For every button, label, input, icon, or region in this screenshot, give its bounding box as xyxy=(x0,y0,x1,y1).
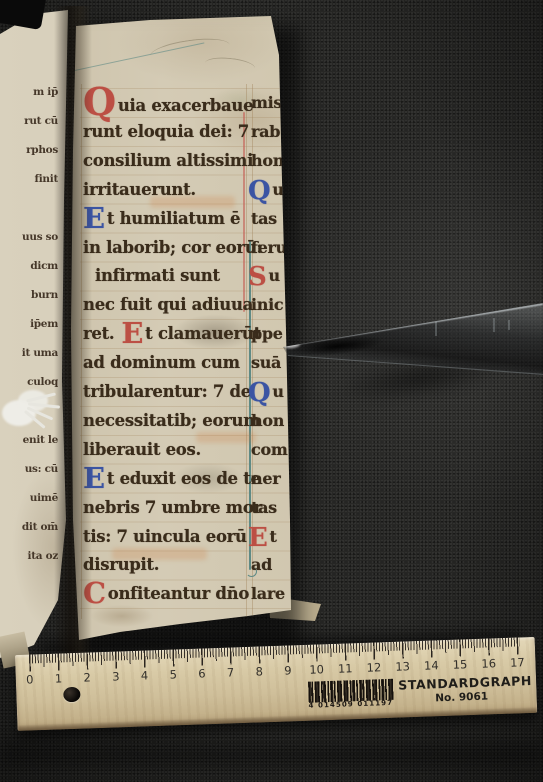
manuscript-line-fragment: feru xyxy=(251,233,287,262)
line-text: consilium altissimi xyxy=(83,151,253,170)
ruler-number: 15 xyxy=(452,657,467,672)
line-text: disrupit. xyxy=(83,555,159,574)
line-text: tis: 7 uincula eorū xyxy=(83,527,247,546)
manuscript-line-fragment: Et xyxy=(251,522,277,551)
ruler-number: 4 xyxy=(141,668,149,682)
ruler-number: 5 xyxy=(169,667,177,681)
line-text: irritauerunt. xyxy=(83,180,196,199)
line-text: lare xyxy=(251,584,285,603)
ruler-number: 1 xyxy=(55,671,63,685)
line-text: mis xyxy=(251,93,282,112)
line-text: runt eloquia dei: 7 xyxy=(83,122,249,141)
line-text: t eduxit eos de te xyxy=(107,469,261,488)
manuscript-line: liberauit eos. xyxy=(83,435,201,464)
facing-page-fragment: m ip̄ xyxy=(4,78,58,107)
manuscript-line-fragment: ad xyxy=(251,550,272,579)
ruler-number: 9 xyxy=(284,663,292,677)
manuscript-line: Et humiliatum ē xyxy=(83,204,240,233)
faint-mark xyxy=(204,55,255,75)
line-text: tribularentur: 7 de xyxy=(83,382,251,401)
manuscript-line: Confiteantur dn̄o xyxy=(83,579,249,608)
manuscript-line: infirmati sunt xyxy=(83,261,220,290)
line-text: infirmati sunt xyxy=(95,266,220,285)
facing-page-fragment: finit xyxy=(4,165,58,194)
manuscript-line-fragment: hon xyxy=(251,146,284,175)
line-text: tas xyxy=(251,209,277,228)
manuscript-line: tis: 7 uincula eorū xyxy=(83,522,247,551)
facing-page-fragment: rphos xyxy=(4,136,58,165)
illuminated-initial: C xyxy=(83,583,106,603)
manuscript-line: irritauerunt. xyxy=(83,175,196,204)
line-text: u xyxy=(268,266,279,285)
facing-page-fragment: rut cū xyxy=(4,107,58,136)
line-text: onfiteantur dn̄o xyxy=(108,584,249,603)
manuscript-line-fragment: ppe xyxy=(251,319,283,348)
manuscript-line-fragment: mis xyxy=(251,88,282,117)
facing-page-fragment: burn xyxy=(4,281,58,310)
manuscript-line: nec fuit qui adiuua xyxy=(83,290,253,319)
cloth-fold-shadow xyxy=(0,744,543,766)
illuminated-initial: E xyxy=(121,323,143,343)
manuscript-line-fragment: suā xyxy=(251,348,281,377)
ruler-number: 17 xyxy=(510,655,525,670)
line-text: necessitatib; eorum xyxy=(83,411,260,430)
binding-thread xyxy=(2,388,62,450)
line-text: hon xyxy=(251,151,284,170)
illuminated-initial: Q xyxy=(83,92,116,112)
line-text: nec fuit qui adiuua xyxy=(83,295,253,314)
manuscript-line: consilium altissimi xyxy=(83,146,253,175)
line-text: in laborib; cor eorū: xyxy=(83,238,262,257)
line-prefix: ret. xyxy=(83,324,114,343)
text-column-left: Quia exacerbauerunt eloquia dei: 7consil… xyxy=(83,88,253,628)
line-text: ner xyxy=(251,469,280,488)
manuscript-line: ret.Et clamauerūt xyxy=(83,319,261,348)
manuscript-line-fragment: tas xyxy=(251,204,277,233)
ruler-number: 2 xyxy=(83,670,91,684)
illuminated-initial: E xyxy=(248,528,268,548)
line-text: ad xyxy=(251,555,272,574)
line-text: suā xyxy=(251,353,281,372)
manuscript-line: Et eduxit eos de te xyxy=(83,464,261,493)
ruler-number: 14 xyxy=(424,658,439,673)
line-text: nebris 7 umbre mor xyxy=(83,498,262,517)
line-text: t humiliatum ē xyxy=(107,209,240,228)
manuscript-line-fragment: tas xyxy=(251,493,277,522)
manuscript-line-fragment: hon xyxy=(251,406,284,435)
manuscript-line: Quia exacerbaue xyxy=(83,88,253,117)
facing-page-fragment: ip̄em xyxy=(4,310,58,339)
facing-page-fragment: it uma xyxy=(4,339,58,368)
manuscript-line-fragment: rab xyxy=(251,117,280,146)
ruler-number: 10 xyxy=(309,662,324,677)
ruler-number: 13 xyxy=(395,659,410,674)
manuscript-line-fragment: com xyxy=(251,435,287,464)
manuscript-line-fragment: Qu xyxy=(251,175,284,204)
facing-page-fragment: us: cū xyxy=(4,455,58,484)
manuscript-line: runt eloquia dei: 7 xyxy=(83,117,249,146)
facing-page-fragment: ita oz xyxy=(4,542,58,571)
line-text: liberauit eos. xyxy=(83,440,201,459)
manuscript-line-fragment: Qu xyxy=(251,377,284,406)
facing-page-fragment: uimē xyxy=(4,484,58,513)
manuscript-line: nebris 7 umbre mor xyxy=(83,493,262,522)
facing-page-fragment: dit om̄ xyxy=(4,513,58,542)
ruler-number: 16 xyxy=(481,656,496,671)
ruler-number: 0 xyxy=(26,672,34,686)
manuscript-line: in laborib; cor eorū: xyxy=(83,233,262,262)
line-text: u xyxy=(272,180,283,199)
photograph-manuscript-scene: m ip̄rut cūrphosfinituus sodicmburnip̄em… xyxy=(0,0,543,782)
ruler-brand: STANDARDGRAPH No. 9061 xyxy=(398,673,525,705)
line-text: tas xyxy=(251,498,277,517)
line-text: hon xyxy=(251,411,284,430)
manuscript-line: tribularentur: 7 de xyxy=(83,377,251,406)
ruler-number: 6 xyxy=(198,666,206,680)
illuminated-initial: Q xyxy=(248,383,270,403)
illuminated-initial: S xyxy=(248,267,266,287)
ruler-number: 8 xyxy=(255,664,263,678)
ruling-vertical xyxy=(81,84,82,619)
illuminated-initial: E xyxy=(83,208,105,228)
ruler-number: 7 xyxy=(227,665,235,679)
manuscript-line-fragment: ner xyxy=(251,464,280,493)
line-text: inic xyxy=(251,295,283,314)
ruler-number: 12 xyxy=(366,660,381,675)
manuscript-line: disrupit. xyxy=(83,550,159,579)
ruler-number: 11 xyxy=(338,661,353,676)
illuminated-initial: E xyxy=(83,468,105,488)
manuscript-line: necessitatib; eorum xyxy=(83,406,260,435)
manuscript-line: ad dominum cum xyxy=(83,348,240,377)
line-text: feru xyxy=(251,238,287,257)
line-text: t clamauerūt xyxy=(145,324,261,343)
line-text: uia exacerbaue xyxy=(118,96,254,115)
line-text: ppe xyxy=(251,324,283,343)
illuminated-initial: Q xyxy=(248,181,270,201)
ruler-number: 3 xyxy=(112,669,120,683)
line-text: t xyxy=(270,527,277,546)
facing-page-fragment: uus so xyxy=(4,223,58,252)
line-text: ad dominum cum xyxy=(83,353,240,372)
line-text: rab xyxy=(251,122,280,141)
line-text: u xyxy=(272,382,283,401)
manuscript-line-fragment: lare xyxy=(251,579,285,608)
facing-page-text-fragments: m ip̄rut cūrphosfinituus sodicmburnip̄em… xyxy=(4,78,58,618)
line-text: com xyxy=(251,440,287,459)
facing-page-fragment: dicm xyxy=(4,252,58,281)
manuscript-line-fragment: Su xyxy=(251,261,280,290)
manuscript-line-fragment: inic xyxy=(251,290,283,319)
